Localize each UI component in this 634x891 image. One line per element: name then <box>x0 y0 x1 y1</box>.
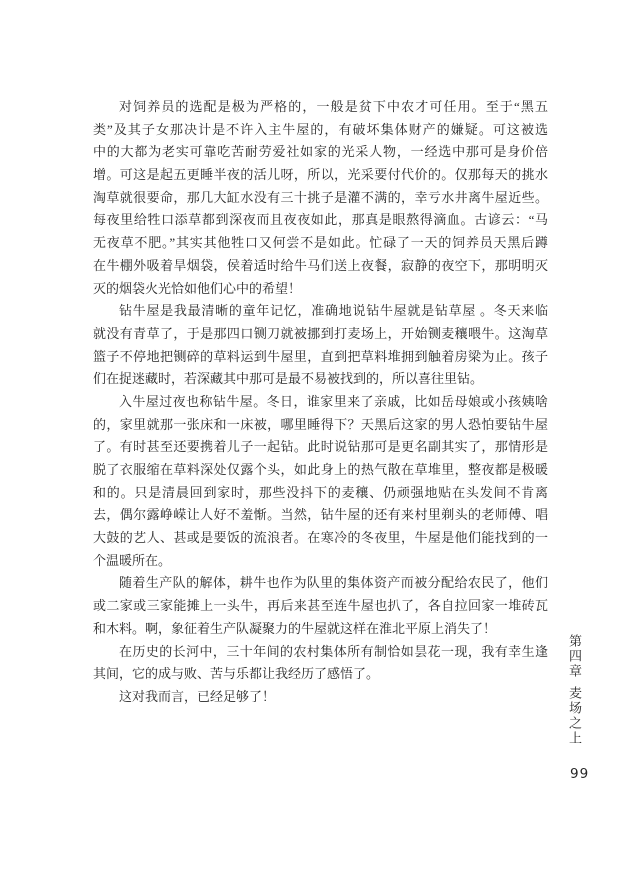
text-line: 无夜草不肥。”其实其他牲口又何尝不是如此。忙碌了一天的饲养员天黑后蹲 <box>93 232 548 255</box>
text-line: 类”及其子女那决计是不许入主牛屋的，有破坏集体财产的嫌疑。可这被选 <box>93 119 548 142</box>
text-line: 其间，它的成与败、苦与乐都让我经历了感悟了。 <box>93 663 548 686</box>
text-line: 随着生产队的解体，耕牛也作为队里的集体资产而被分配给农民了，他们 <box>93 572 548 595</box>
text-line: 这对我而言，已经足够了！ <box>93 686 548 709</box>
text-line: 篮子不停地把铡碎的草料运到牛屋里，直到把草料堆拥到触着房梁为止。孩子 <box>93 346 548 369</box>
text-line: 或二家或三家能摊上一头牛，再后来甚至连牛屋也扒了，各自拉回家一堆砖瓦 <box>93 595 548 618</box>
text-line: 大鼓的艺人、甚或是要饭的流浪者。在寒冷的冬夜里，牛屋是他们能找到的一 <box>93 527 548 550</box>
chapter-title: 麦场之上 <box>565 686 584 746</box>
book-page: 对饲养员的选配是极为严格的，一般是贫下中农才可任用。至于“黑五类”及其子女那决计… <box>0 0 634 891</box>
text-line: 钻牛屋是我最清晰的童年记忆，准确地说钻牛屋就是钻草屋 。冬天来临 <box>93 300 548 323</box>
text-line: 中的大都为老实可靠吃苦耐劳爱社如家的光采人物，一经选中那可是身价倍 <box>93 141 548 164</box>
text-line: 在牛棚外吸着旱烟袋，侯着适时给牛马们送上夜餐，寂静的夜空下，那明明灭 <box>93 255 548 278</box>
text-line: 在历史的长河中，三十年间的农村集体所有制恰如昙花一现，我有幸生逢 <box>93 641 548 664</box>
page-number: 99 <box>570 766 589 782</box>
text-line: 的，家里就那一张床和一床被，哪里睡得下？天黑后这家的男人恐怕要钻牛屋 <box>93 414 548 437</box>
text-line: 增。可这是起五更睡半夜的活儿呀，所以，光采要付代价的。仅那每天的挑水 <box>93 164 548 187</box>
text-line: 和的。只是清晨回到家时，那些没抖下的麦穰、仍顽强地贴在头发间不肯离 <box>93 482 548 505</box>
text-line: 们在捉迷藏时，若深藏其中那可是最不易被找到的，所以喜往里钻。 <box>93 368 548 391</box>
text-line: 入牛屋过夜也称钻牛屋。冬日，谁家里来了亲戚，比如岳母娘或小孩姨啥 <box>93 391 548 414</box>
text-line: 了。有时甚至还要携着儿子一起钻。此时说钻那可是更名副其实了，那情形是 <box>93 436 548 459</box>
chapter-side-label: 第四章麦场之上 <box>565 634 584 746</box>
text-line: 就没有青草了，于是那四口铡刀就被挪到打麦场上，开始铡麦穰喂牛。这淘草 <box>93 323 548 346</box>
text-line: 和木料。啊，象征着生产队凝聚力的牛屋就这样在淮北平原上消失了！ <box>93 618 548 641</box>
text-line: 脱了衣服缩在草料深处仅露个头，如此身上的热气散在草堆里，整夜都是极暖 <box>93 459 548 482</box>
text-line: 个温暖所在。 <box>93 550 548 573</box>
text-line: 去，偶尔露峥嵘让人好不羞惭。当然，钻牛屋的还有来村里剃头的老师傅、唱 <box>93 504 548 527</box>
text-line: 每夜里给牲口添草都到深夜而且夜夜如此，那真是眼熬得滴血。古谚云：“马 <box>93 209 548 232</box>
body-text: 对饲养员的选配是极为严格的，一般是贫下中农才可任用。至于“黑五类”及其子女那决计… <box>93 96 548 709</box>
chapter-number: 第四章 <box>567 634 582 679</box>
text-line: 对饲养员的选配是极为严格的，一般是贫下中农才可任用。至于“黑五 <box>93 96 548 119</box>
text-line: 灭的烟袋火光恰如他们心中的希望！ <box>93 278 548 301</box>
text-line: 淘草就很要命，那几大缸水没有三十挑子是灌不满的，幸亏水井离牛屋近些。 <box>93 187 548 210</box>
